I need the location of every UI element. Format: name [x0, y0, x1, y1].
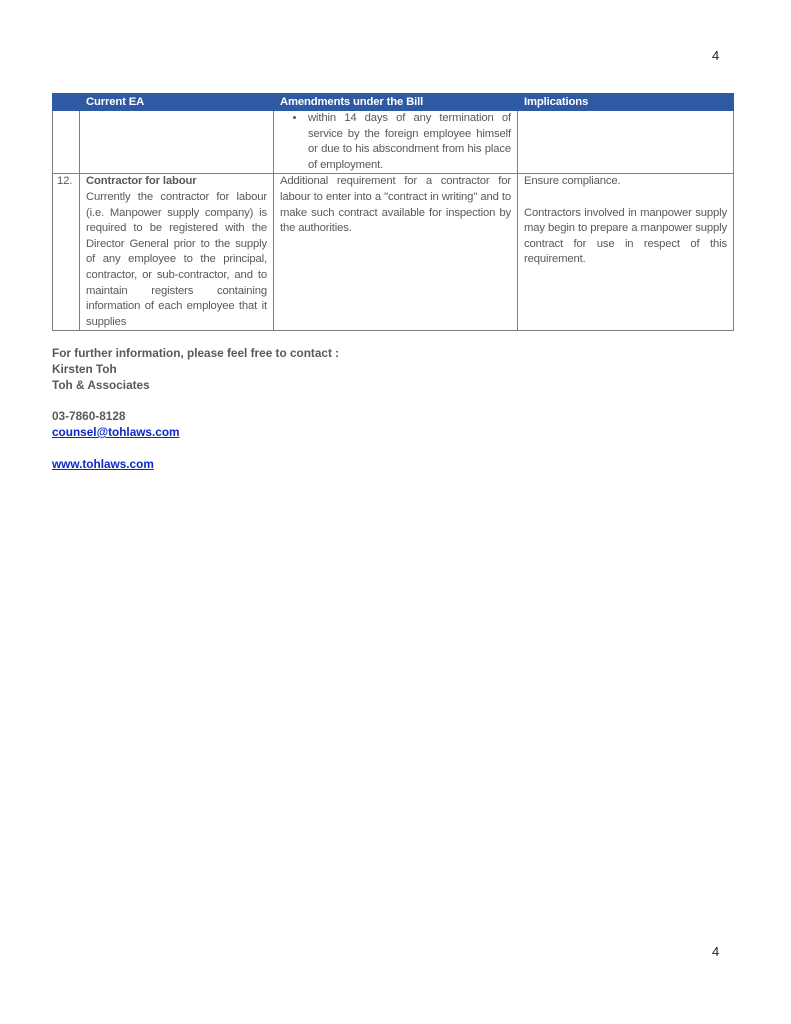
- implication-text: Ensure compliance.: [524, 174, 727, 190]
- amendments-table: Current EA Amendments under the Bill Imp…: [52, 93, 734, 331]
- amendment-bullet-list: within 14 days of any termination of ser…: [280, 111, 511, 173]
- amendment-cell: within 14 days of any termination of ser…: [274, 111, 518, 174]
- row-number: 12.: [53, 174, 80, 331]
- contact-firm: Toh & Associates: [52, 378, 339, 394]
- implications-cell: [518, 111, 734, 174]
- header-amendments: Amendments under the Bill: [274, 94, 518, 111]
- amendment-text: Additional requirement for a contractor …: [280, 174, 511, 236]
- contact-name: Kirsten Toh: [52, 362, 339, 378]
- header-number: [53, 94, 80, 111]
- website-link[interactable]: www.tohlaws.com: [52, 457, 154, 471]
- current-ea-cell: [80, 111, 274, 174]
- implication-text: Contractors involved in manpower supply …: [524, 206, 727, 268]
- page-number-bottom: 4: [712, 944, 719, 959]
- table-row: 12. Contractor for labour Currently the …: [53, 174, 734, 331]
- header-implications: Implications: [518, 94, 734, 111]
- page-number-top: 4: [712, 48, 719, 63]
- email-link[interactable]: counsel@tohlaws.com: [52, 425, 180, 439]
- contact-intro: For further information, please feel fre…: [52, 346, 339, 362]
- table-row: within 14 days of any termination of ser…: [53, 111, 734, 174]
- amendment-cell: Additional requirement for a contractor …: [274, 174, 518, 331]
- contact-block: For further information, please feel fre…: [52, 346, 339, 472]
- row-number: [53, 111, 80, 174]
- header-current-ea: Current EA: [80, 94, 274, 111]
- table-header-row: Current EA Amendments under the Bill Imp…: [53, 94, 734, 111]
- implications-cell: Ensure compliance. Contractors involved …: [518, 174, 734, 331]
- current-ea-text: Currently the contractor for labour (i.e…: [86, 190, 267, 330]
- current-ea-title: Contractor for labour: [86, 174, 267, 190]
- contact-phone: 03-7860-8128: [52, 409, 339, 425]
- amendment-bullet: within 14 days of any termination of ser…: [306, 111, 511, 173]
- current-ea-cell: Contractor for labour Currently the cont…: [80, 174, 274, 331]
